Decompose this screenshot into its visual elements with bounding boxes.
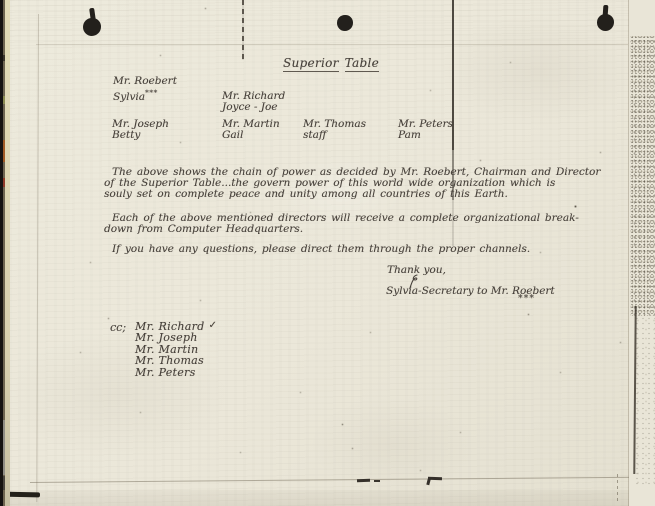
scan-edge-texture: [630, 36, 655, 316]
punch-hole-icon: [337, 15, 353, 31]
scanned-memo-page: SuperiorTable Mr. Roebert Sylvia*** Mr. …: [0, 0, 655, 506]
cc-list: Mr. Richard✓ Mr. Joseph Mr. Martin Mr. T…: [135, 320, 217, 378]
bottom-line-dash: [357, 479, 370, 482]
memo-title: SuperiorTable: [283, 56, 385, 72]
punch-hole-icon: [83, 18, 101, 36]
paragraph-line: down from Computer Headquarters.: [104, 224, 579, 235]
deputy-assistant: Joyce - Joe: [222, 102, 285, 113]
punch-hole-icon: [597, 14, 614, 31]
director-assistant: staff: [303, 130, 366, 141]
page-border-top-line: [36, 44, 628, 45]
paper-right-edge: [628, 0, 629, 506]
paragraph-line: souly set on complete peace and unity am…: [104, 189, 600, 200]
page-border-bottom-line: [30, 477, 640, 483]
director-assistant: Gail: [222, 130, 280, 141]
memo-title-word: Superior: [283, 56, 339, 72]
fold-crease-line: [242, 0, 244, 60]
scan-left-strip-tan: [5, 0, 10, 506]
scan-artifact-line: [617, 474, 618, 504]
cc-recipient: Mr. Thomas: [135, 355, 217, 366]
roster-leader: Mr. Roebert Sylvia***: [113, 76, 177, 103]
paragraph-line: If you have any questions, please direct…: [104, 244, 530, 255]
roster-director: Mr. Martin Gail: [222, 119, 280, 141]
director-assistant: Betty: [112, 130, 169, 141]
roster-director: Mr. Thomas staff: [303, 119, 366, 141]
cc-recipient: Mr. Peters: [135, 367, 217, 378]
checkmark-icon: ✓: [209, 320, 218, 331]
leader-assistant: Sylvia***: [113, 87, 177, 103]
bottom-line-dash: [426, 479, 430, 486]
body-paragraph: Each of the above mentioned directors wi…: [104, 213, 579, 235]
memo-title-word: Table: [345, 56, 379, 72]
director-assistant: Pam: [398, 130, 453, 141]
roster-director: Mr. Peters Pam: [398, 119, 453, 141]
body-paragraph: If you have any questions, please direct…: [104, 244, 530, 255]
signature-reference-marks: ***: [518, 294, 535, 304]
roster-deputy: Mr. Richard Joyce - Joe: [222, 91, 285, 113]
bottom-line-dash: [374, 480, 380, 482]
cc-label: cc;: [110, 321, 126, 334]
bottom-shading: [0, 490, 655, 506]
page-border-left-line: [36, 14, 39, 502]
body-paragraph: The above shows the chain of power as de…: [104, 167, 600, 201]
leader-name: Mr. Roebert: [113, 76, 177, 87]
scan-edge-texture: [634, 316, 655, 486]
reference-marks: ***: [145, 88, 158, 97]
roster-director: Mr. Joseph Betty: [112, 119, 169, 141]
